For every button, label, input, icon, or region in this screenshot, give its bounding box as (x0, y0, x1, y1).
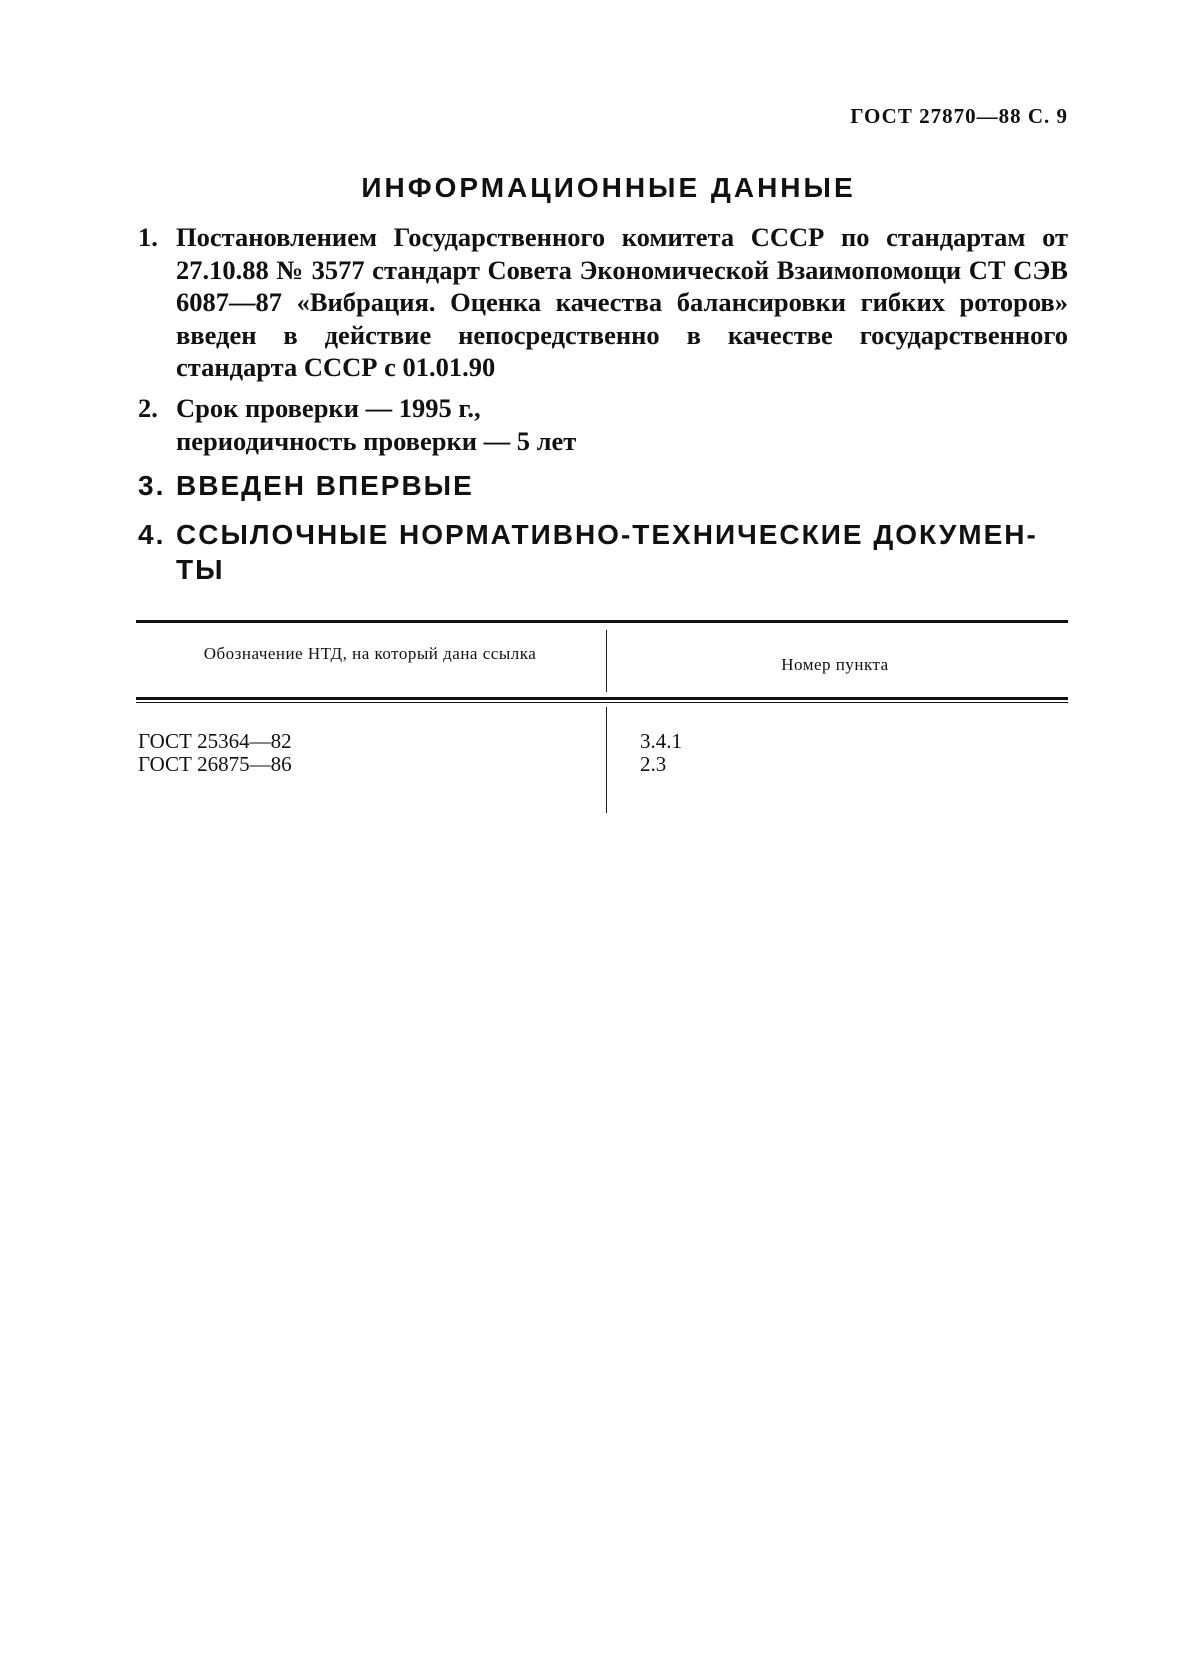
header-column-divider (606, 630, 607, 692)
table-cell-designation: ГОСТ 25364—82 (138, 730, 292, 753)
list-item-3: 3. ВВЕДЕН ВПЕРВЫЕ (138, 470, 1068, 503)
table-header-designation: Обозначение НТД, на который дана ссылка (170, 645, 570, 663)
page-title: ИНФОРМАЦИОННЫЕ ДАННЫЕ (0, 172, 1187, 204)
list-item-1: 1. Постановлением Государственного комит… (138, 221, 1068, 384)
page-title-text: ИНФОРМАЦИОННЫЕ ДАННЫЕ (361, 172, 855, 204)
review-period: периодичность проверки — 5 лет (176, 425, 1068, 458)
table-cell-clause: 2.3 (640, 753, 666, 776)
body-column-divider (606, 707, 607, 813)
list-item-4: 4. ССЫЛОЧНЫЕ НОРМАТИВНО-ТЕХНИЧЕСКИЕ ДОКУ… (138, 517, 1068, 587)
table-cell-clause: 3.4.1 (640, 730, 682, 753)
item-text: ВВЕДЕН ВПЕРВЫЕ (176, 470, 1068, 503)
table-header-clause: Номер пункта (640, 656, 1030, 674)
item-text: Срок проверки — 1995 г., периодичность п… (176, 392, 1068, 457)
item-number: 4. (138, 517, 165, 552)
item-text: Постановлением Государственного комитета… (176, 221, 1068, 384)
table-cell-designation: ГОСТ 26875—86 (138, 753, 292, 776)
running-head: ГОСТ 27870—88 С. 9 (850, 104, 1068, 129)
list-item-2: 2. Срок проверки — 1995 г., периодичност… (138, 392, 1068, 457)
item-number: 1. (138, 221, 158, 254)
table-top-rule (136, 620, 1068, 623)
item-number: 3. (138, 470, 165, 503)
table-header-rule-thin (136, 702, 1068, 703)
table-header-rule (136, 697, 1068, 700)
review-date: Срок проверки — 1995 г., (176, 392, 1068, 425)
item-text: ССЫЛОЧНЫЕ НОРМАТИВНО-ТЕХНИЧЕСКИЕ ДОКУМЕН… (176, 517, 1068, 587)
item-number: 2. (138, 392, 158, 425)
